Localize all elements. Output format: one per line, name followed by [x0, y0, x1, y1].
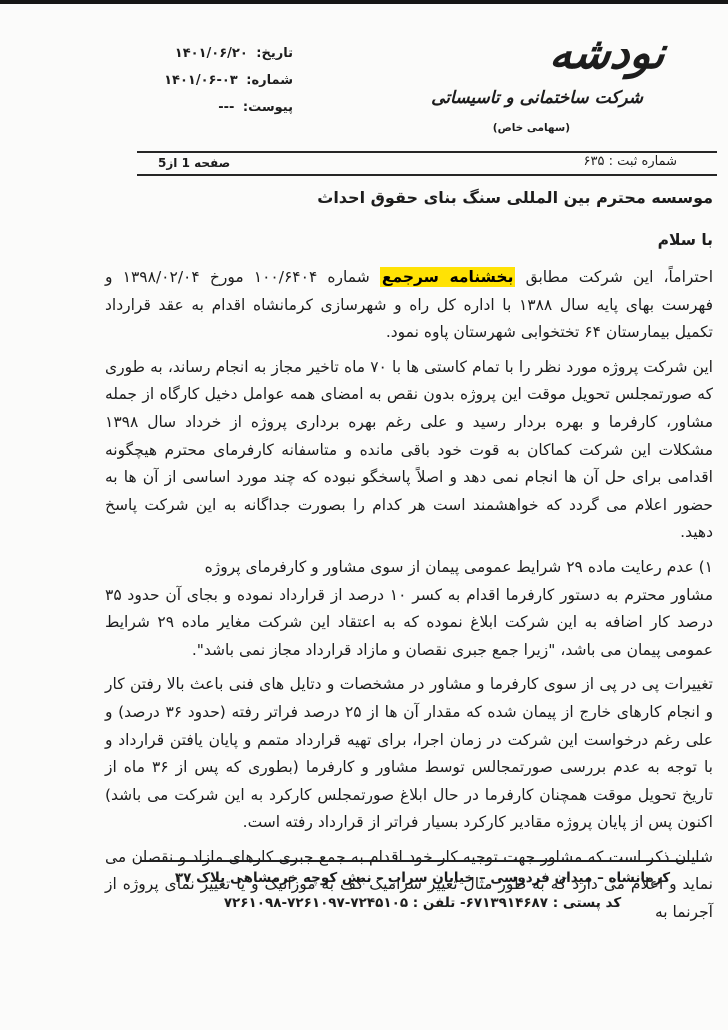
footer-address: کرمانشاه – میدان فردوسی – خیابان سراب – …: [140, 866, 705, 891]
item1-title: ۱) عدم رعایت ماده ۲۹ شرایط عمومی پیمان ا…: [105, 554, 713, 582]
letter-body: موسسه محترم بین المللی سنگ بنای حقوق احد…: [105, 186, 713, 927]
date-label: تاریخ:: [256, 46, 293, 61]
footer-contact: کد پستی : ۶۷۱۳۹۱۴۶۸۷- تلفن : ۷۲۴۵۱۰۵-۷۲۶…: [140, 891, 705, 916]
letter-date: تاریخ: ۱۴۰۱/۰۶/۲۰: [164, 40, 293, 67]
salutation: با سلام: [105, 231, 713, 249]
date-value: ۱۴۰۱/۰۶/۲۰: [175, 46, 248, 61]
letter-footer: کرمانشاه – میدان فردوسی – خیابان سراب – …: [140, 860, 705, 916]
paragraph-intro: احتراماً، این شرکت مطابق بخشنامه سرجمع ش…: [105, 264, 713, 347]
attachment-label: پیوست:: [243, 100, 293, 115]
letter-number: شماره: ۰۳-۱۴۰۱/۰۶: [164, 67, 293, 94]
recipient-line: موسسه محترم بین المللی سنگ بنای حقوق احد…: [105, 186, 713, 210]
letter-attachment: پیوست: ---: [164, 94, 293, 121]
scan-edge-artifact: [0, 0, 728, 4]
scanned-letter-page: تاریخ: ۱۴۰۱/۰۶/۲۰ شماره: ۰۳-۱۴۰۱/۰۶ پیوس…: [0, 0, 728, 1030]
header-rule-bottom: [137, 174, 717, 176]
company-logo-wordmark: نودشه: [547, 28, 667, 79]
registration-number: شماره ثبت : ۶۳۵: [584, 154, 678, 169]
paragraph-project-status: این شرکت پروژه مورد نظر را با تمام کاستی…: [105, 354, 713, 547]
page-indicator: صفحه 1 از5: [158, 156, 230, 170]
highlighted-phrase: بخشنامه سرجمع: [380, 267, 516, 287]
company-type: (سهامی خاص): [493, 122, 570, 134]
number-value: ۰۳-۱۴۰۱/۰۶: [164, 73, 238, 88]
number-label: شماره:: [246, 73, 293, 88]
item1-paragraph-2: تغییرات پی در پی از سوی کارفرما و مشاور …: [105, 671, 713, 837]
letter-meta-block: تاریخ: ۱۴۰۱/۰۶/۲۰ شماره: ۰۳-۱۴۰۱/۰۶ پیوس…: [164, 40, 293, 121]
attachment-value: ---: [218, 100, 234, 115]
company-subtitle: شرکت ساختمانی و تاسیساتی: [431, 88, 643, 108]
header-rule-top: [137, 151, 717, 153]
paragraph-intro-before: احتراماً، این شرکت مطابق: [515, 268, 713, 286]
item1-paragraph-1: مشاور محترم به دستور کارفرما اقدام به کس…: [105, 582, 713, 665]
